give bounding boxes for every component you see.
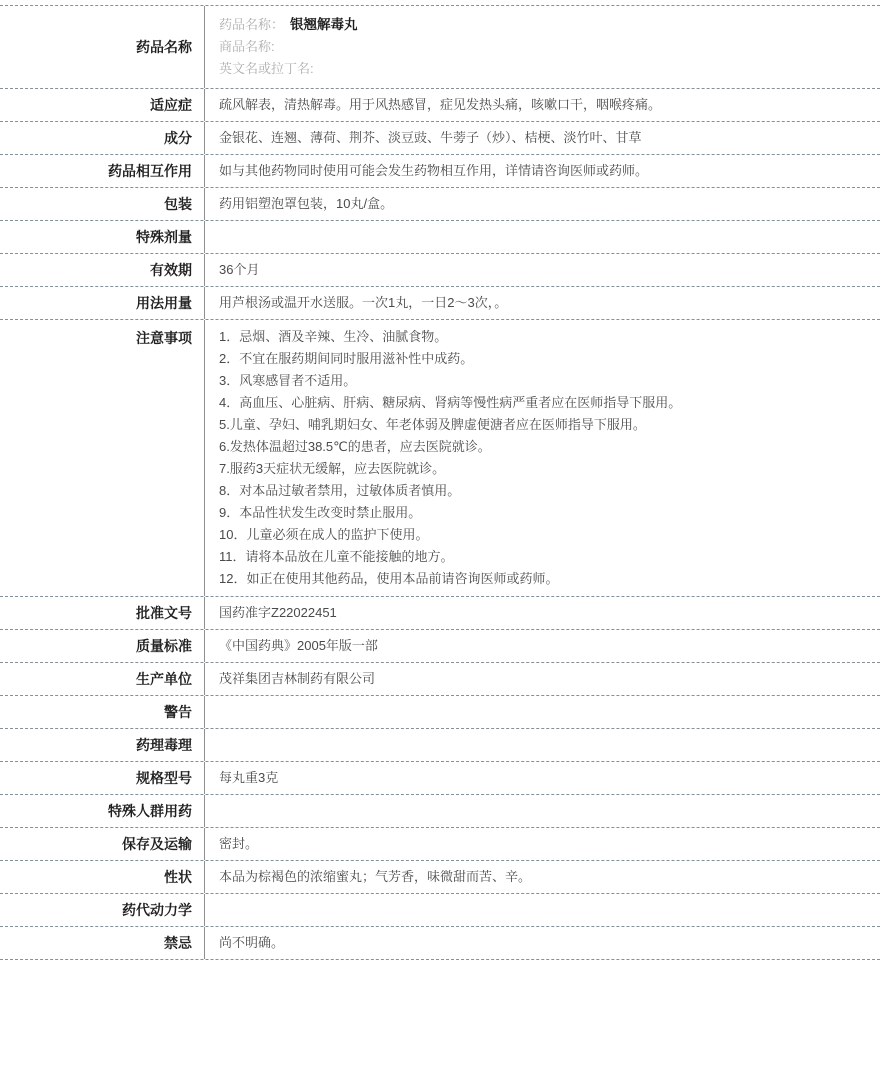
row-value: 药用铝塑泡罩包装，10丸/盒。 bbox=[205, 188, 880, 220]
table-row: 禁忌尚不明确。 bbox=[0, 927, 880, 960]
row-label: 批准文号 bbox=[0, 597, 205, 629]
drug-name-value: 银翘解毒丸 bbox=[290, 17, 358, 32]
row-label: 特殊剂量 bbox=[0, 221, 205, 253]
row-label: 药代动力学 bbox=[0, 894, 205, 926]
table-row: 用法用量用芦根汤或温开水送服。一次1丸，一日2～3次，。 bbox=[0, 287, 880, 320]
row-value: 如与其他药物同时使用可能会发生药物相互作用，详情请咨询医师或药师。 bbox=[205, 155, 880, 187]
field-prefix-label: 商品名称: bbox=[219, 39, 275, 54]
drug-info-table: 药品名称药品名称：银翘解毒丸商品名称:英文名或拉丁名:适应症疏风解表，清热解毒。… bbox=[0, 5, 880, 960]
precaution-line: 6.发热体温超过38.5℃的患者，应去医院就诊。 bbox=[219, 436, 491, 458]
row-value-text: 药用铝塑泡罩包装，10丸/盒。 bbox=[219, 194, 393, 214]
drug-name-field-line: 商品名称: bbox=[219, 36, 281, 58]
precaution-line: 7.服药3天症状无缓解，应去医院就诊。 bbox=[219, 458, 445, 480]
table-row: 保存及运输密封。 bbox=[0, 828, 880, 861]
row-label: 特殊人群用药 bbox=[0, 795, 205, 827]
precaution-line: 2．不宜在服药期间同时服用滋补性中成药。 bbox=[219, 348, 473, 370]
row-value-text: 本品为棕褐色的浓缩蜜丸；气芳香，味微甜而苦、辛。 bbox=[219, 867, 531, 887]
table-row: 规格型号每丸重3克 bbox=[0, 762, 880, 795]
precaution-line: 5.儿童、孕妇、哺乳期妇女、年老体弱及脾虚便溏者应在医师指导下服用。 bbox=[219, 414, 646, 436]
row-value-text: 每丸重3克 bbox=[219, 768, 278, 788]
row-value: 疏风解表，清热解毒。用于风热感冒，症见发热头痛，咳嗽口干，咽喉疼痛。 bbox=[205, 89, 880, 121]
table-row: 生产单位茂祥集团吉林制药有限公司 bbox=[0, 663, 880, 696]
row-value-text: 金银花、连翘、薄荷、荆芥、淡豆豉、牛蒡子（炒）、桔梗、淡竹叶、甘草 bbox=[219, 128, 642, 148]
row-value bbox=[205, 221, 880, 253]
row-value-text: 密封。 bbox=[219, 834, 258, 854]
table-row: 性状本品为棕褐色的浓缩蜜丸；气芳香，味微甜而苦、辛。 bbox=[0, 861, 880, 894]
table-row: 质量标准《中国药典》2005年版一部 bbox=[0, 630, 880, 663]
table-row: 成分金银花、连翘、薄荷、荆芥、淡豆豉、牛蒡子（炒）、桔梗、淡竹叶、甘草 bbox=[0, 122, 880, 155]
table-row: 有效期36个月 bbox=[0, 254, 880, 287]
row-label: 药品名称 bbox=[0, 6, 205, 88]
table-row: 特殊人群用药 bbox=[0, 795, 880, 828]
row-label: 性状 bbox=[0, 861, 205, 893]
table-row: 批准文号国药准字Z22022451 bbox=[0, 597, 880, 630]
table-row: 药品名称药品名称：银翘解毒丸商品名称:英文名或拉丁名: bbox=[0, 6, 880, 89]
row-value-text: 尚不明确。 bbox=[219, 933, 284, 953]
row-value bbox=[205, 729, 880, 761]
row-value-text: 国药准字Z22022451 bbox=[219, 603, 337, 623]
precaution-line: 1．忌烟、酒及辛辣、生冷、油腻食物。 bbox=[219, 326, 447, 348]
table-row: 药代动力学 bbox=[0, 894, 880, 927]
table-row: 注意事项1．忌烟、酒及辛辣、生冷、油腻食物。2．不宜在服药期间同时服用滋补性中成… bbox=[0, 320, 880, 597]
precaution-line: 9．本品性状发生改变时禁止服用。 bbox=[219, 502, 421, 524]
row-label: 禁忌 bbox=[0, 927, 205, 959]
row-value-text: 用芦根汤或温开水送服。一次1丸，一日2～3次，。 bbox=[219, 293, 507, 313]
field-prefix-label: 药品名称： bbox=[219, 17, 284, 32]
row-label: 药品相互作用 bbox=[0, 155, 205, 187]
row-value: 尚不明确。 bbox=[205, 927, 880, 959]
row-label: 质量标准 bbox=[0, 630, 205, 662]
row-value: 茂祥集团吉林制药有限公司 bbox=[205, 663, 880, 695]
row-value: 1．忌烟、酒及辛辣、生冷、油腻食物。2．不宜在服药期间同时服用滋补性中成药。3．… bbox=[205, 320, 880, 596]
precaution-line: 11．请将本品放在儿童不能接触的地方。 bbox=[219, 546, 454, 568]
row-label: 生产单位 bbox=[0, 663, 205, 695]
row-label: 药理毒理 bbox=[0, 729, 205, 761]
row-value: 密封。 bbox=[205, 828, 880, 860]
row-value: 国药准字Z22022451 bbox=[205, 597, 880, 629]
row-value bbox=[205, 894, 880, 926]
row-label: 注意事项 bbox=[0, 320, 205, 596]
precaution-line: 3．风寒感冒者不适用。 bbox=[219, 370, 356, 392]
row-value: 36个月 bbox=[205, 254, 880, 286]
row-value-text: 疏风解表，清热解毒。用于风热感冒，症见发热头痛，咳嗽口干，咽喉疼痛。 bbox=[219, 95, 661, 115]
row-value bbox=[205, 696, 880, 728]
table-row: 特殊剂量 bbox=[0, 221, 880, 254]
table-row: 包装药用铝塑泡罩包装，10丸/盒。 bbox=[0, 188, 880, 221]
row-label: 包装 bbox=[0, 188, 205, 220]
row-value bbox=[205, 795, 880, 827]
row-value-text: 茂祥集团吉林制药有限公司 bbox=[219, 669, 375, 689]
row-value: 每丸重3克 bbox=[205, 762, 880, 794]
row-value: 《中国药典》2005年版一部 bbox=[205, 630, 880, 662]
row-label: 适应症 bbox=[0, 89, 205, 121]
row-label: 用法用量 bbox=[0, 287, 205, 319]
precaution-line: 10．儿童必须在成人的监护下使用。 bbox=[219, 524, 428, 546]
table-row: 警告 bbox=[0, 696, 880, 729]
row-label: 警告 bbox=[0, 696, 205, 728]
precaution-line: 12．如正在使用其他药品，使用本品前请咨询医师或药师。 bbox=[219, 568, 558, 590]
row-label: 有效期 bbox=[0, 254, 205, 286]
row-label: 成分 bbox=[0, 122, 205, 154]
precaution-line: 8．对本品过敏者禁用，过敏体质者慎用。 bbox=[219, 480, 460, 502]
row-value: 本品为棕褐色的浓缩蜜丸；气芳香，味微甜而苦、辛。 bbox=[205, 861, 880, 893]
row-label: 规格型号 bbox=[0, 762, 205, 794]
table-row: 适应症疏风解表，清热解毒。用于风热感冒，症见发热头痛，咳嗽口干，咽喉疼痛。 bbox=[0, 89, 880, 122]
precaution-line: 4．高血压、心脏病、肝病、糖尿病、肾病等慢性病严重者应在医师指导下服用。 bbox=[219, 392, 681, 414]
row-value-text: 36个月 bbox=[219, 260, 259, 280]
row-value: 金银花、连翘、薄荷、荆芥、淡豆豉、牛蒡子（炒）、桔梗、淡竹叶、甘草 bbox=[205, 122, 880, 154]
row-value-text: 如与其他药物同时使用可能会发生药物相互作用，详情请咨询医师或药师。 bbox=[219, 161, 648, 181]
row-value: 用芦根汤或温开水送服。一次1丸，一日2～3次，。 bbox=[205, 287, 880, 319]
row-value-text: 《中国药典》2005年版一部 bbox=[219, 636, 378, 656]
table-row: 药品相互作用如与其他药物同时使用可能会发生药物相互作用，详情请咨询医师或药师。 bbox=[0, 155, 880, 188]
row-label: 保存及运输 bbox=[0, 828, 205, 860]
row-value: 药品名称：银翘解毒丸商品名称:英文名或拉丁名: bbox=[205, 6, 880, 88]
drug-name-field-line: 药品名称：银翘解毒丸 bbox=[219, 14, 358, 36]
table-row: 药理毒理 bbox=[0, 729, 880, 762]
drug-name-field-line: 英文名或拉丁名: bbox=[219, 58, 320, 80]
field-prefix-label: 英文名或拉丁名: bbox=[219, 61, 314, 76]
